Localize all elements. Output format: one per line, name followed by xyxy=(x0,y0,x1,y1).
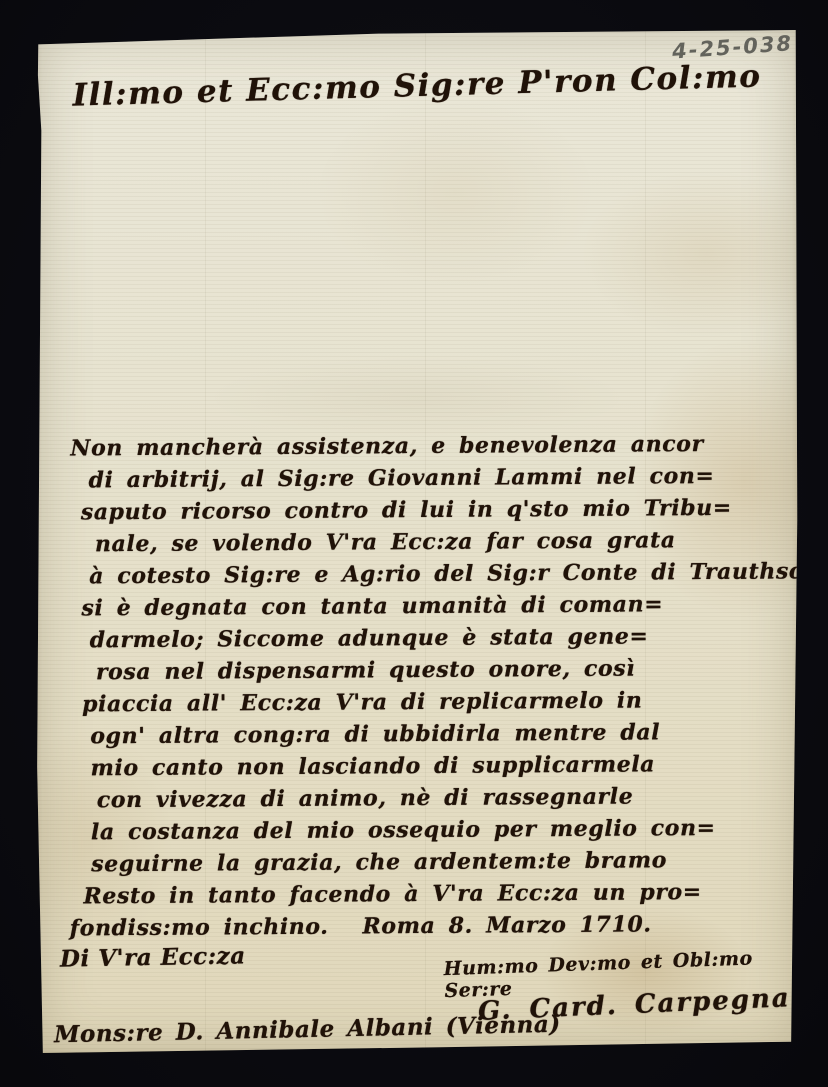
body-line: ogn' altra cong:ra di ubbidirla mentre d… xyxy=(64,716,778,753)
body-line: saputo ricorso contro di lui in q'sto mi… xyxy=(63,492,777,529)
address-line: Mons:re D. Annibale Albani (Vienna) xyxy=(54,1011,561,1049)
body-line: piaccia all' Ecc:za V'ra di replicarmelo… xyxy=(64,684,778,721)
valediction: Di V'ra Ecc:za xyxy=(60,942,246,972)
closing-line-text: fondiss:mo inchino. xyxy=(70,911,329,945)
salutation-line: Ill:mo et Ecc:mo Sig:re P'ron Col:mo xyxy=(36,57,799,114)
letter-photograph: 4-25-038 Ill:mo et Ecc:mo Sig:re P'ron C… xyxy=(0,0,828,1087)
body-line: Non mancherà assistenza, e benevolenza a… xyxy=(62,428,776,465)
body-line: di arbitrij, al Sig:re Giovanni Lammi ne… xyxy=(62,460,776,497)
body-line: si è degnata con tanta umanità di coman= xyxy=(63,588,777,625)
body-line: Resto in tanto facendo à V'ra Ecc:za un … xyxy=(65,876,779,913)
dateline: Roma 8. Marzo 1710. xyxy=(362,908,651,942)
body-line: à cotesto Sig:re e Ag:rio del Sig:r Cont… xyxy=(63,556,777,593)
body-line: mio canto non lasciando di supplicarmela xyxy=(64,748,778,785)
letter-body: Non mancherà assistenza, e benevolenza a… xyxy=(62,428,780,945)
body-line: rosa nel dispensarmi questo onore, così xyxy=(64,652,778,689)
body-line: darmelo; Siccome adunque è stata gene= xyxy=(64,620,778,657)
closing-line: fondiss:mo inchino. Roma 8. Marzo 1710. xyxy=(66,908,780,945)
body-line: con vivezza di animo, nè di rassegnarle xyxy=(65,780,779,817)
body-line: seguirne la grazia, che ardentem:te bram… xyxy=(65,844,779,881)
body-line: la costanza del mio ossequio per meglio … xyxy=(65,812,779,849)
manuscript-page: 4-25-038 Ill:mo et Ecc:mo Sig:re P'ron C… xyxy=(36,28,798,1054)
body-line: nale, se volendo V'ra Ecc:za far cosa gr… xyxy=(63,524,777,561)
